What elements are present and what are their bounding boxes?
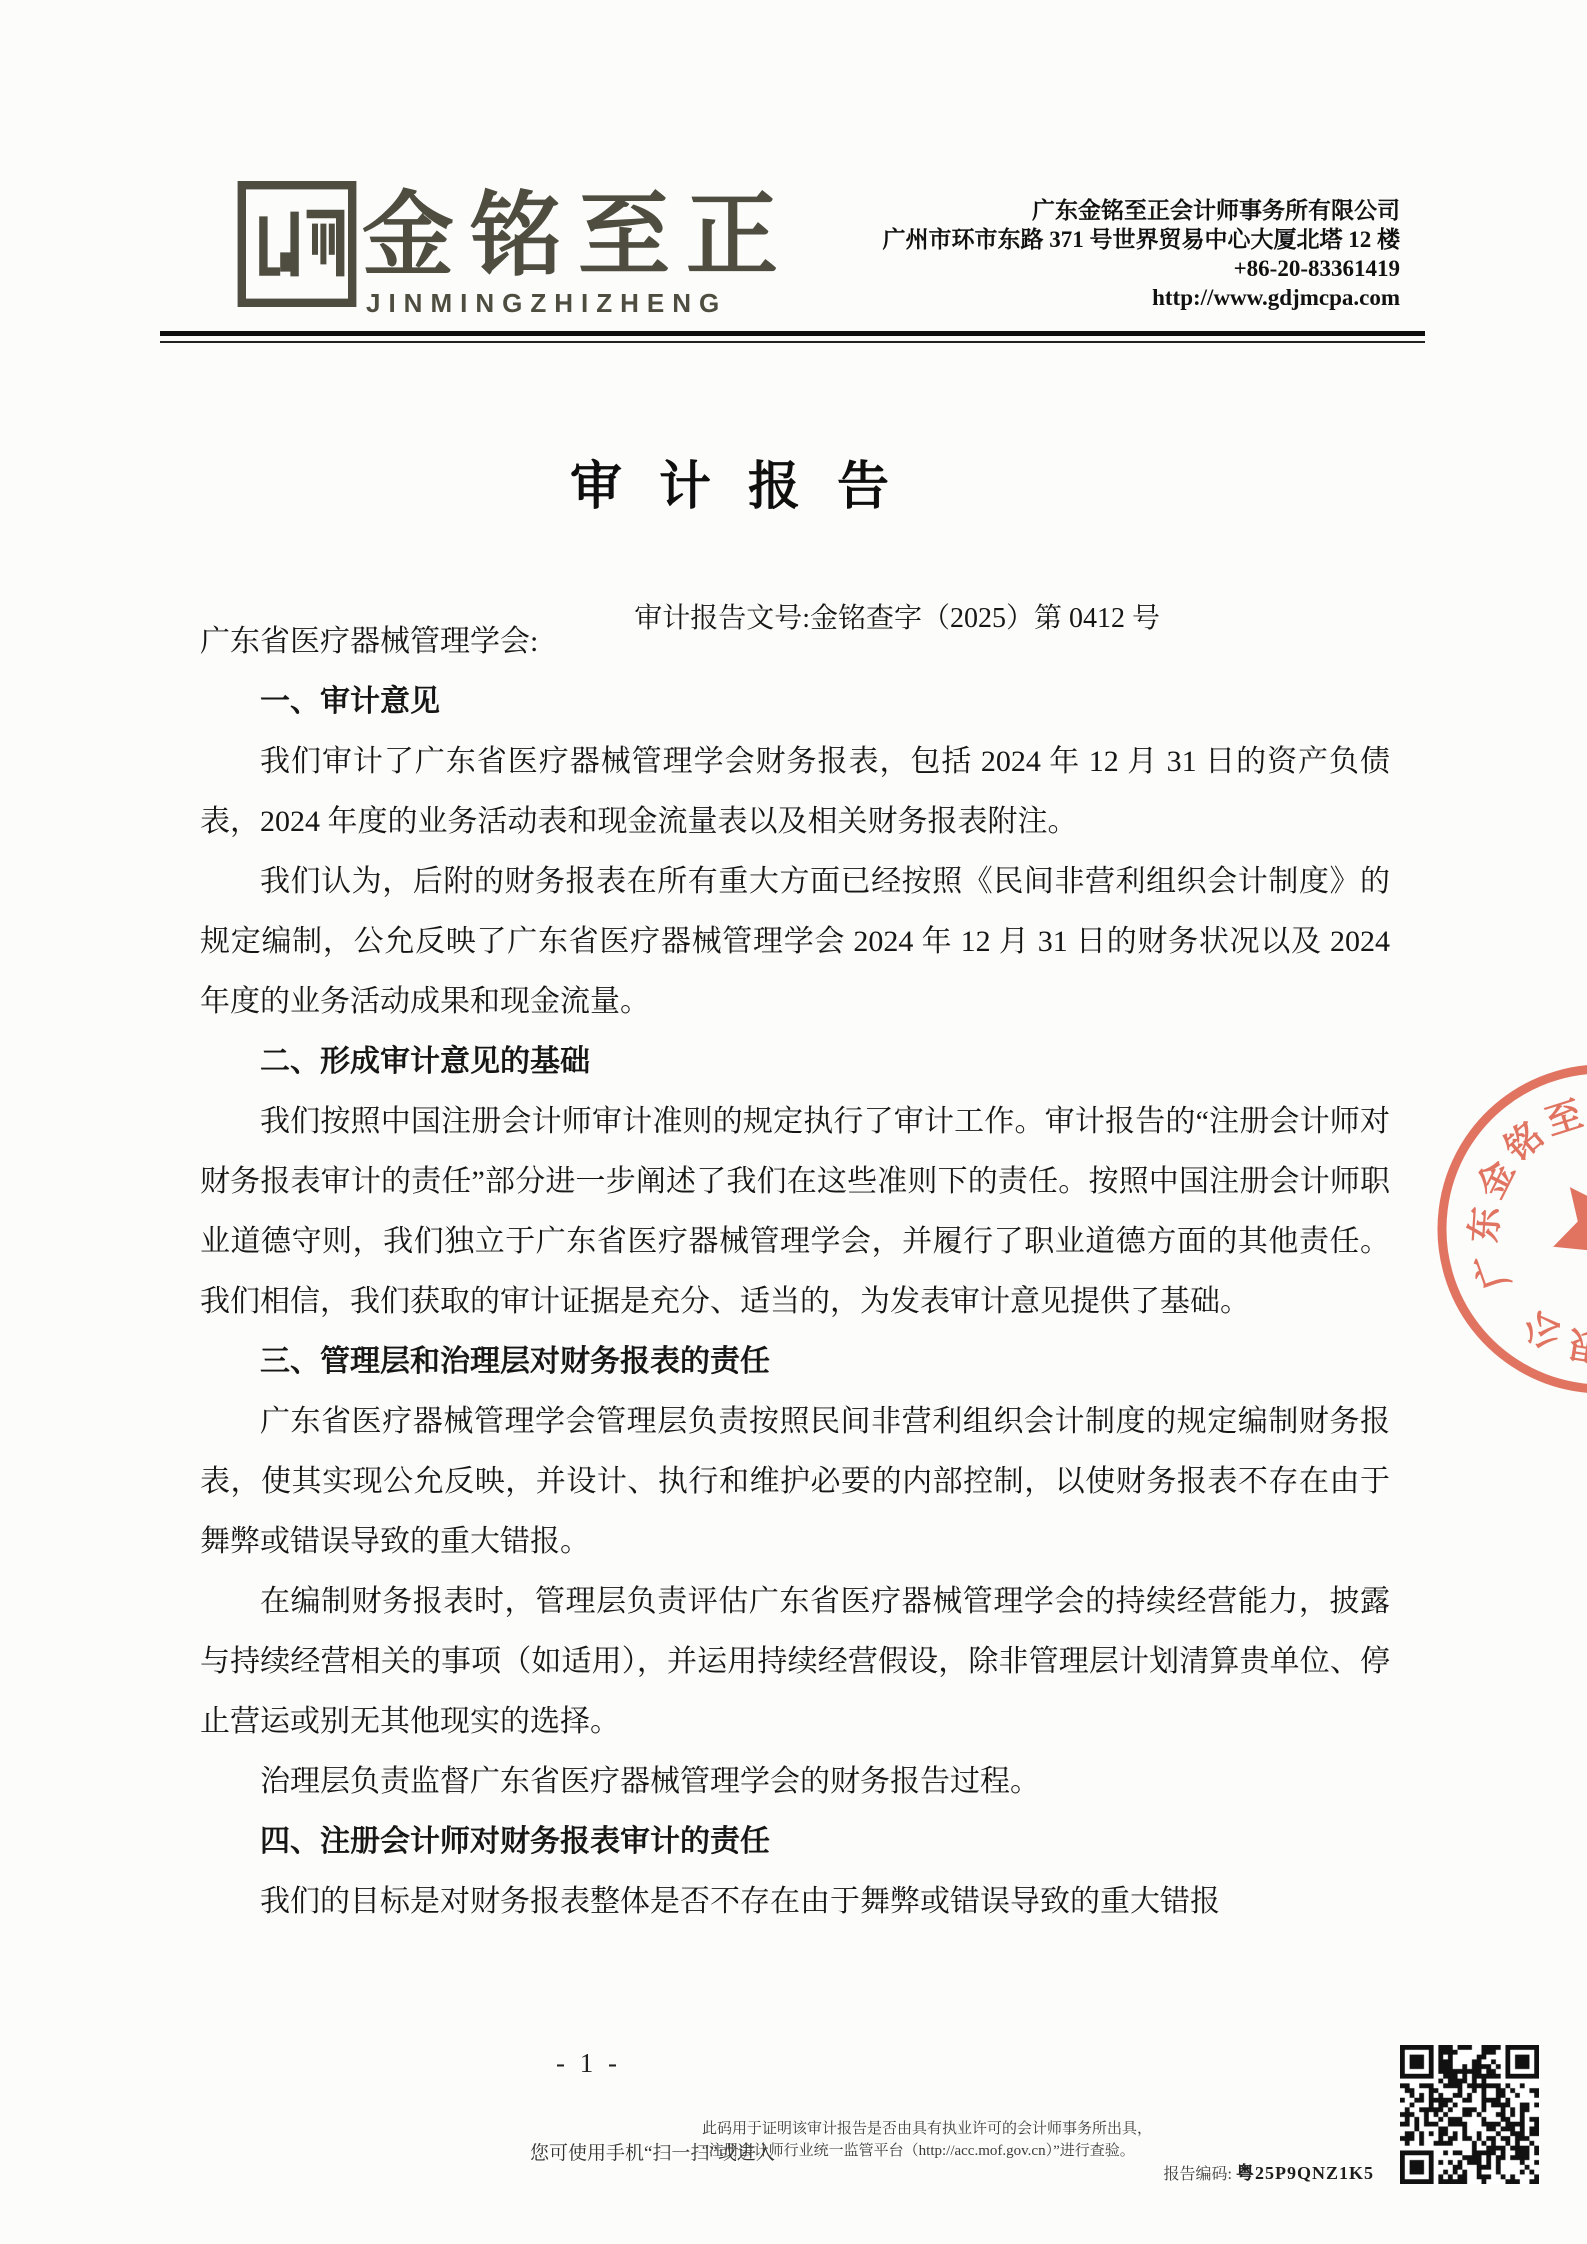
footer-verify-line-2: “注册会计师行业统一监管平台（http://acc.mof.gov.cn）”进行… (702, 2140, 1382, 2162)
footer-verify-line-1: 此码用于证明该审计报告是否由具有执业许可的会计师事务所出具， (702, 2118, 1382, 2140)
firm-company-name: 广东金铭至正会计师事务所有限公司 (883, 196, 1401, 225)
qr-code (1400, 2045, 1539, 2184)
report-code-value: 粤25P9QNZ1K5 (1236, 2163, 1374, 2183)
section-heading: 四、注册会计师对财务报表审计的责任 (200, 1812, 1390, 1872)
firm-phone: +86-20-83361419 (883, 254, 1401, 283)
report-sections: 一、审计意见我们审计了广东省医疗器械管理学会财务报表，包括 2024 年 12 … (200, 672, 1390, 1932)
page-number: - 1 - (556, 2048, 621, 2079)
report-code-line: 报告编码: 粤25P9QNZ1K5 (702, 2162, 1382, 2186)
body-paragraph: 广东省医疗器械管理学会管理层负责按照民间非营利组织会计制度的规定编制财务报表，使… (200, 1392, 1390, 1572)
seal-ring-text: 广东金铭至正会计师事务所有限公司 (1402, 1035, 1587, 1429)
logo-mark-icon (237, 180, 357, 308)
firm-address: 广州市环市东路 371 号世界贸易中心大厦北塔 12 楼 (883, 225, 1401, 254)
addressee-line: 广东省医疗器械管理学会: (200, 612, 1390, 672)
body-paragraph: 我们认为，后附的财务报表在所有重大方面已经按照《民间非营利组织会计制度》的规定编… (200, 852, 1390, 1032)
audit-report-page: 金铭至正 JINMINGZHIZHENG 广东金铭至正会计师事务所有限公司 广州… (0, 0, 1587, 2244)
body-paragraph: 我们审计了广东省医疗器械管理学会财务报表，包括 2024 年 12 月 31 日… (200, 732, 1390, 852)
report-body: 广东省医疗器械管理学会: 一、审计意见我们审计了广东省医疗器械管理学会财务报表，… (200, 612, 1390, 1932)
company-seal-stamp: 广东金铭至正会计师事务所有限公司 (1402, 1029, 1587, 1429)
header-divider (160, 331, 1425, 343)
firm-contact-block: 广东金铭至正会计师事务所有限公司 广州市环市东路 371 号世界贸易中心大厦北塔… (883, 196, 1401, 312)
brand-name-cn: 金铭至正 (362, 186, 794, 286)
section-heading: 二、形成审计意见的基础 (200, 1032, 1390, 1092)
body-paragraph: 在编制财务报表时，管理层负责评估广东省医疗器械管理学会的持续经营能力，披露与持续… (200, 1572, 1390, 1752)
body-paragraph: 我们的目标是对财务报表整体是否不存在由于舞弊或错误导致的重大错报 (200, 1872, 1390, 1932)
svg-text:广东金铭至正会计师事务所有限公司: 广东金铭至正会计师事务所有限公司 (1402, 1035, 1587, 1429)
firm-website: http://www.gdjmcpa.com (883, 283, 1401, 312)
section-heading: 三、管理层和治理层对财务报表的责任 (200, 1332, 1390, 1392)
footer-verify-block: 此码用于证明该审计报告是否由具有执业许可的会计师事务所出具， “注册会计师行业统… (702, 2118, 1382, 2186)
report-title: 审 计 报 告 (570, 444, 901, 519)
report-code-label: 报告编码: (1164, 2166, 1236, 2183)
section-heading: 一、审计意见 (200, 672, 1390, 732)
body-paragraph: 我们按照中国注册会计师审计准则的规定执行了审计工作。审计报告的“注册会计师对财务… (200, 1092, 1390, 1332)
seal-star-icon (1536, 1167, 1587, 1294)
brand-name-en: JINMINGZHIZHENG (366, 288, 727, 319)
body-paragraph: 治理层负责监督广东省医疗器械管理学会的财务报告过程。 (200, 1752, 1390, 1812)
